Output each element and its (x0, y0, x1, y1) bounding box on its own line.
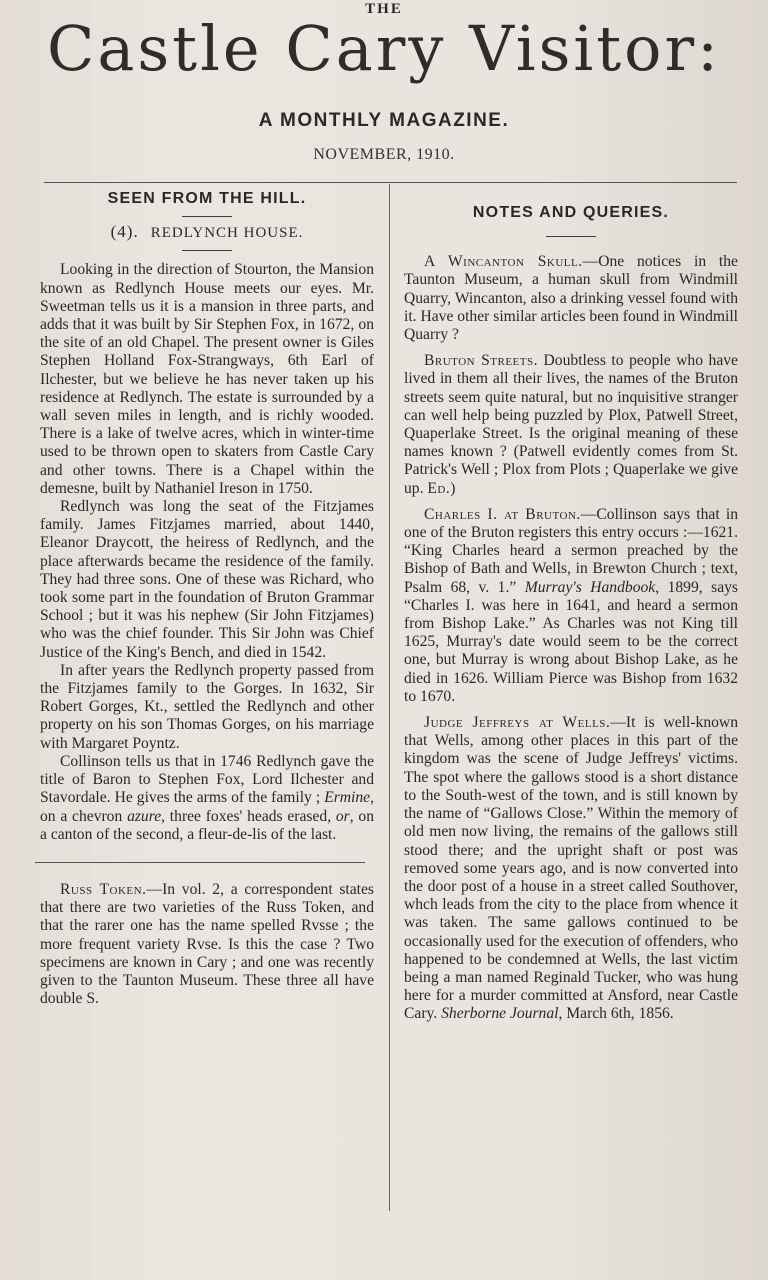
left-column: SEEN FROM THE HILL. (4).REDLYNCH HOUSE. … (40, 184, 374, 1008)
header-divider (44, 182, 737, 183)
note-heading: Russ Token. (60, 881, 146, 898)
note-russ-token: Russ Token.—In vol. 2, a correspondent s… (40, 881, 374, 1008)
section-title-seen-from-the-hill: SEEN FROM THE HILL. (40, 190, 374, 208)
note-charles-i-at-bruton: Charles I. at Bruton.—Collinson says tha… (404, 506, 738, 706)
part-number: (4). (111, 222, 139, 241)
magazine-subtitle: A MONTHLY MAGAZINE. (0, 110, 768, 132)
article-subtitle: (4).REDLYNCH HOUSE. (40, 223, 374, 242)
issue-date: NOVEMBER, 1910. (0, 146, 768, 164)
right-column: NOTES AND QUERIES. A Wincanton Skull.—On… (404, 184, 738, 1024)
column-divider (389, 184, 390, 1211)
section-title-notes-and-queries: NOTES AND QUERIES. (404, 204, 738, 222)
paragraph: In after years the Redlynch property pas… (40, 662, 374, 753)
paragraph: Looking in the direction of Stourton, th… (40, 261, 374, 498)
source-citation: Sherborne Journal (441, 1005, 558, 1022)
editor-signature: Ed. (427, 480, 450, 497)
note-judge-jeffreys-at-wells: Judge Jeffreys at Wells.—It is well-know… (404, 714, 738, 1023)
part-title: REDLYNCH HOUSE. (151, 225, 304, 241)
paragraph: Redlynch was long the seat of the Fitzja… (40, 498, 374, 662)
paragraph: Collinson tells us that in 1746 Redlynch… (40, 753, 374, 844)
note-bruton-streets: Bruton Streets. Doubtless to people who … (404, 352, 738, 498)
magazine-title: Castle Cary Visitor: (0, 12, 768, 85)
magazine-page: THE Castle Cary Visitor: A MONTHLY MAGAZ… (0, 0, 768, 1280)
note-wincanton-skull: A Wincanton Skull.—One notices in the Ta… (404, 253, 738, 344)
